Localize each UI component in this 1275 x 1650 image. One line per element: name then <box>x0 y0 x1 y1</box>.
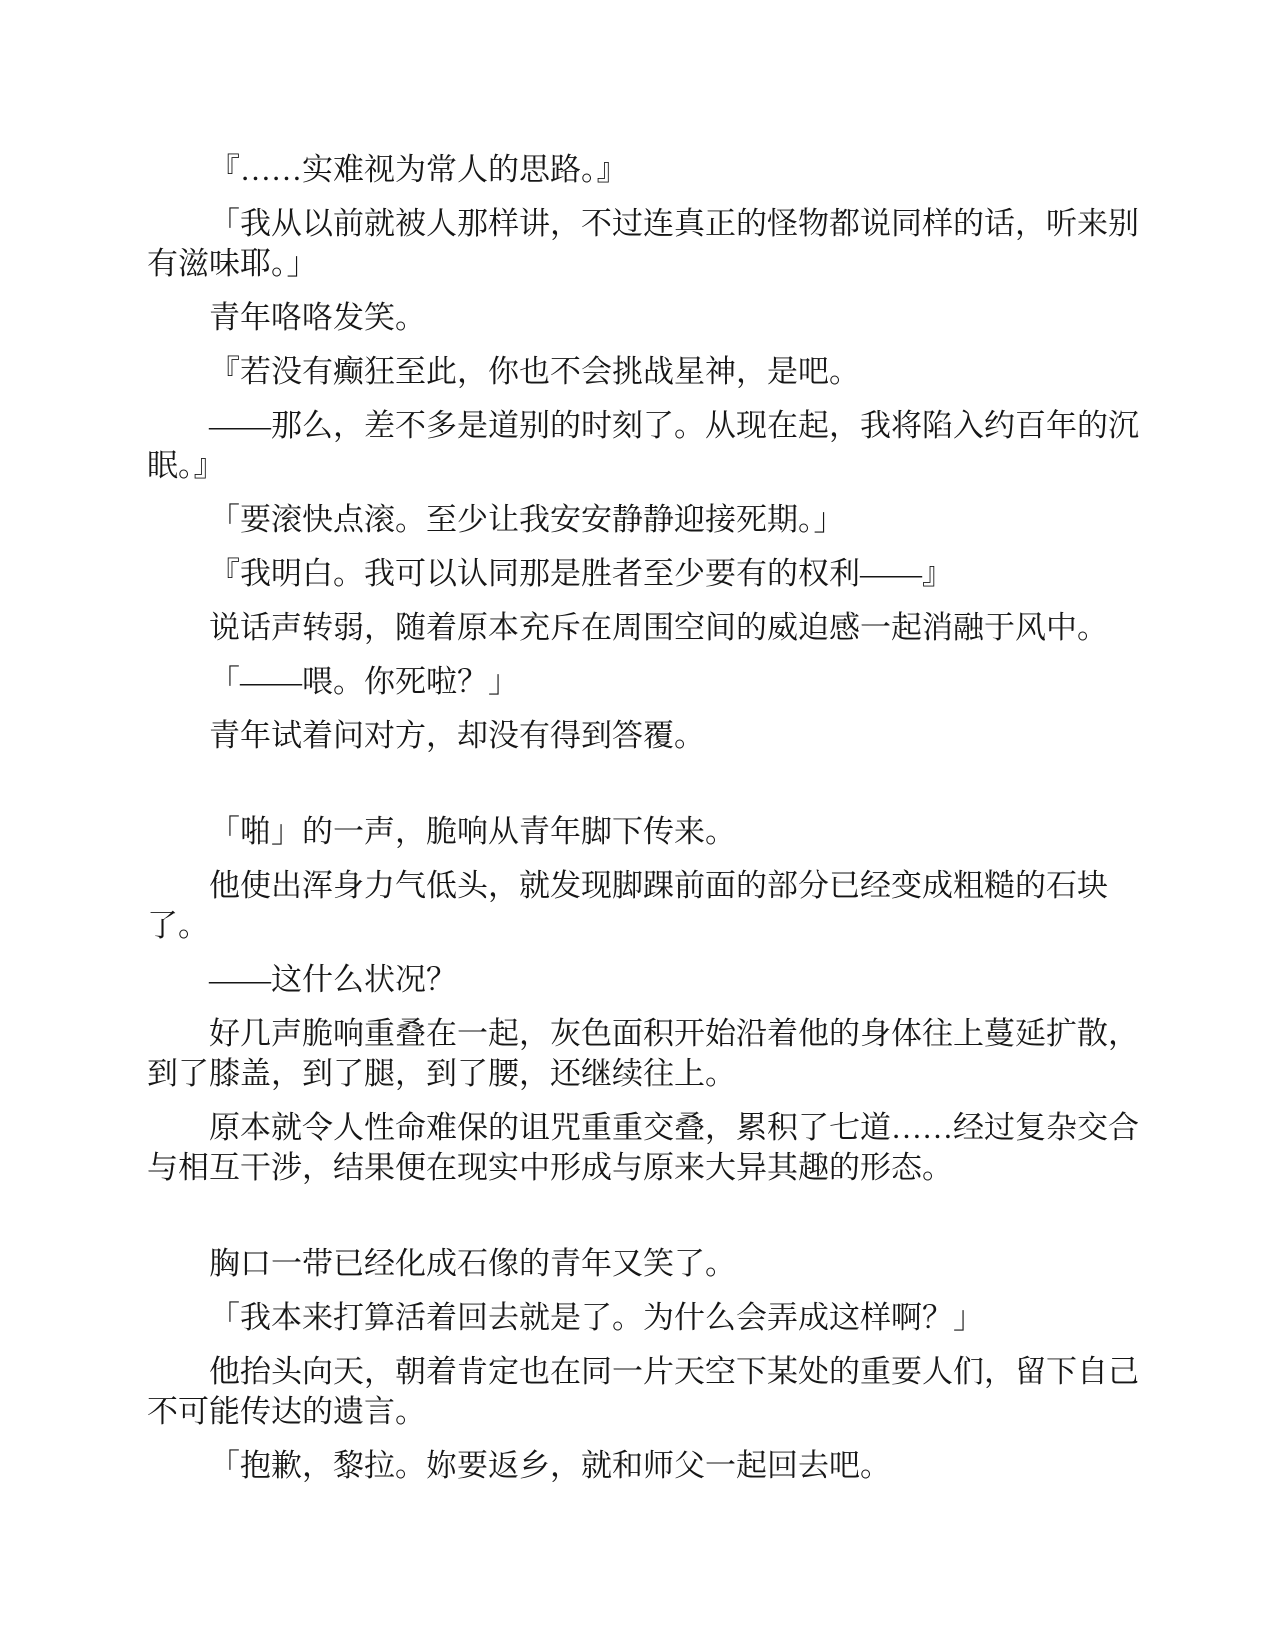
paragraph: 好几声脆响重叠在一起，灰色面积开始沿着他的身体往上蔓延扩散，到了膝盖，到了腿，到… <box>147 1014 1150 1094</box>
paragraph: 胸口一带已经化成石像的青年又笑了。 <box>147 1244 1150 1284</box>
paragraph: 他使出浑身力气低头，就发现脚踝前面的部分已经变成粗糙的石块了。 <box>147 866 1150 946</box>
paragraph: 『……实难视为常人的思路。』 <box>147 150 1150 190</box>
paragraph: 『若没有癫狂至此，你也不会挑战星神，是吧。 <box>147 352 1150 392</box>
paragraph: 「抱歉，黎拉。妳要返乡，就和师父一起回去吧。 <box>147 1446 1150 1486</box>
paragraph: 青年试着问对方，却没有得到答覆。 <box>147 716 1150 756</box>
paragraph: 「我从以前就被人那样讲，不过连真正的怪物都说同样的话，听来别有滋味耶。」 <box>147 204 1150 284</box>
paragraph: ——这什么状况？ <box>147 960 1150 1000</box>
paragraph: 『我明白。我可以认同那是胜者至少要有的权利——』 <box>147 554 1150 594</box>
text-column: 『……实难视为常人的思路。』「我从以前就被人那样讲，不过连真正的怪物都说同样的话… <box>147 150 1150 1486</box>
paragraph: ——那么，差不多是道别的时刻了。从现在起，我将陷入约百年的沉眠。』 <box>147 406 1150 486</box>
paragraph: 他抬头向天，朝着肯定也在同一片天空下某处的重要人们，留下自己不可能传达的遗言。 <box>147 1352 1150 1432</box>
paragraph: 「我本来打算活着回去就是了。为什么会弄成这样啊？」 <box>147 1298 1150 1338</box>
paragraph: 「啪」的一声，脆响从青年脚下传来。 <box>147 812 1150 852</box>
document-page: 『……实难视为常人的思路。』「我从以前就被人那样讲，不过连真正的怪物都说同样的话… <box>0 0 1275 1650</box>
paragraph: 青年咯咯发笑。 <box>147 298 1150 338</box>
paragraph: 「——喂。你死啦？」 <box>147 662 1150 702</box>
paragraph: 「要滚快点滚。至少让我安安静静迎接死期。」 <box>147 500 1150 540</box>
paragraph: 原本就令人性命难保的诅咒重重交叠，累积了七道……经过复杂交合与相互干涉，结果便在… <box>147 1108 1150 1188</box>
paragraph: 说话声转弱，随着原本充斥在周围空间的威迫感一起消融于风中。 <box>147 608 1150 648</box>
